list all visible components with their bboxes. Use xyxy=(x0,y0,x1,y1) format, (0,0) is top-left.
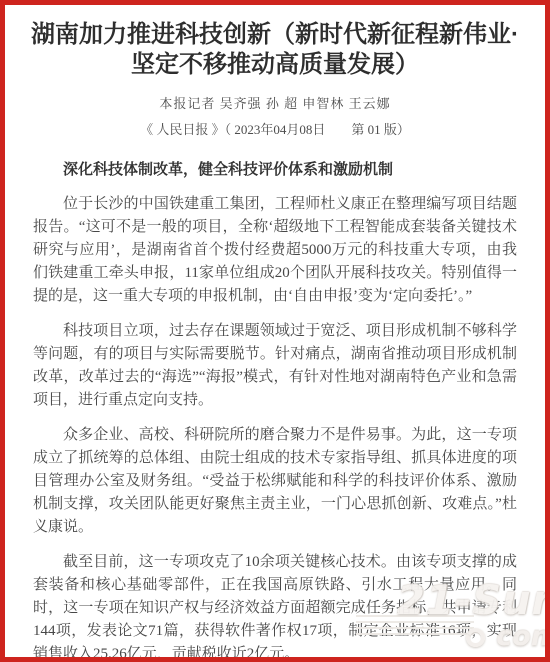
article-source-line: 《 人民日报 》（ 2023年04月08日 第 01 版） xyxy=(5,119,545,138)
article-paragraph: 众多企业、高校、科研院所的磨合聚力不是件易事。为此，这一专项成立了抓统筹的总体组… xyxy=(33,424,517,539)
article-subheading: 深化科技体制改革，健全科技评价体系和激励机制 xyxy=(33,160,517,180)
article-body: 位于长沙的中国铁建重工集团，工程师杜义康正在整理编写项目结题报告。“这可不是一般… xyxy=(5,193,545,662)
article-byline: 本报记者 吴齐强 孙 超 申智林 王云娜 xyxy=(5,93,545,112)
article-title: 湖南加力推进科技创新（新时代新征程新伟业·坚定不移推动高质量发展） xyxy=(31,20,519,80)
article-page: 湖南加力推进科技创新（新时代新征程新伟业·坚定不移推动高质量发展） 本报记者 吴… xyxy=(0,0,550,662)
article-paragraph: 截至目前，这一专项攻克了10余项关键核心技术。由该专项支撑的成套装备和核心基础零… xyxy=(33,551,517,662)
article-paragraph: 科技项目立项，过去存在课题领域过于宽泛、项目形成机制不够科学等问题，有的项目与实… xyxy=(33,320,517,412)
article-paragraph: 位于长沙的中国铁建重工集团，工程师杜义康正在整理编写项目结题报告。“这可不是一般… xyxy=(33,193,517,308)
